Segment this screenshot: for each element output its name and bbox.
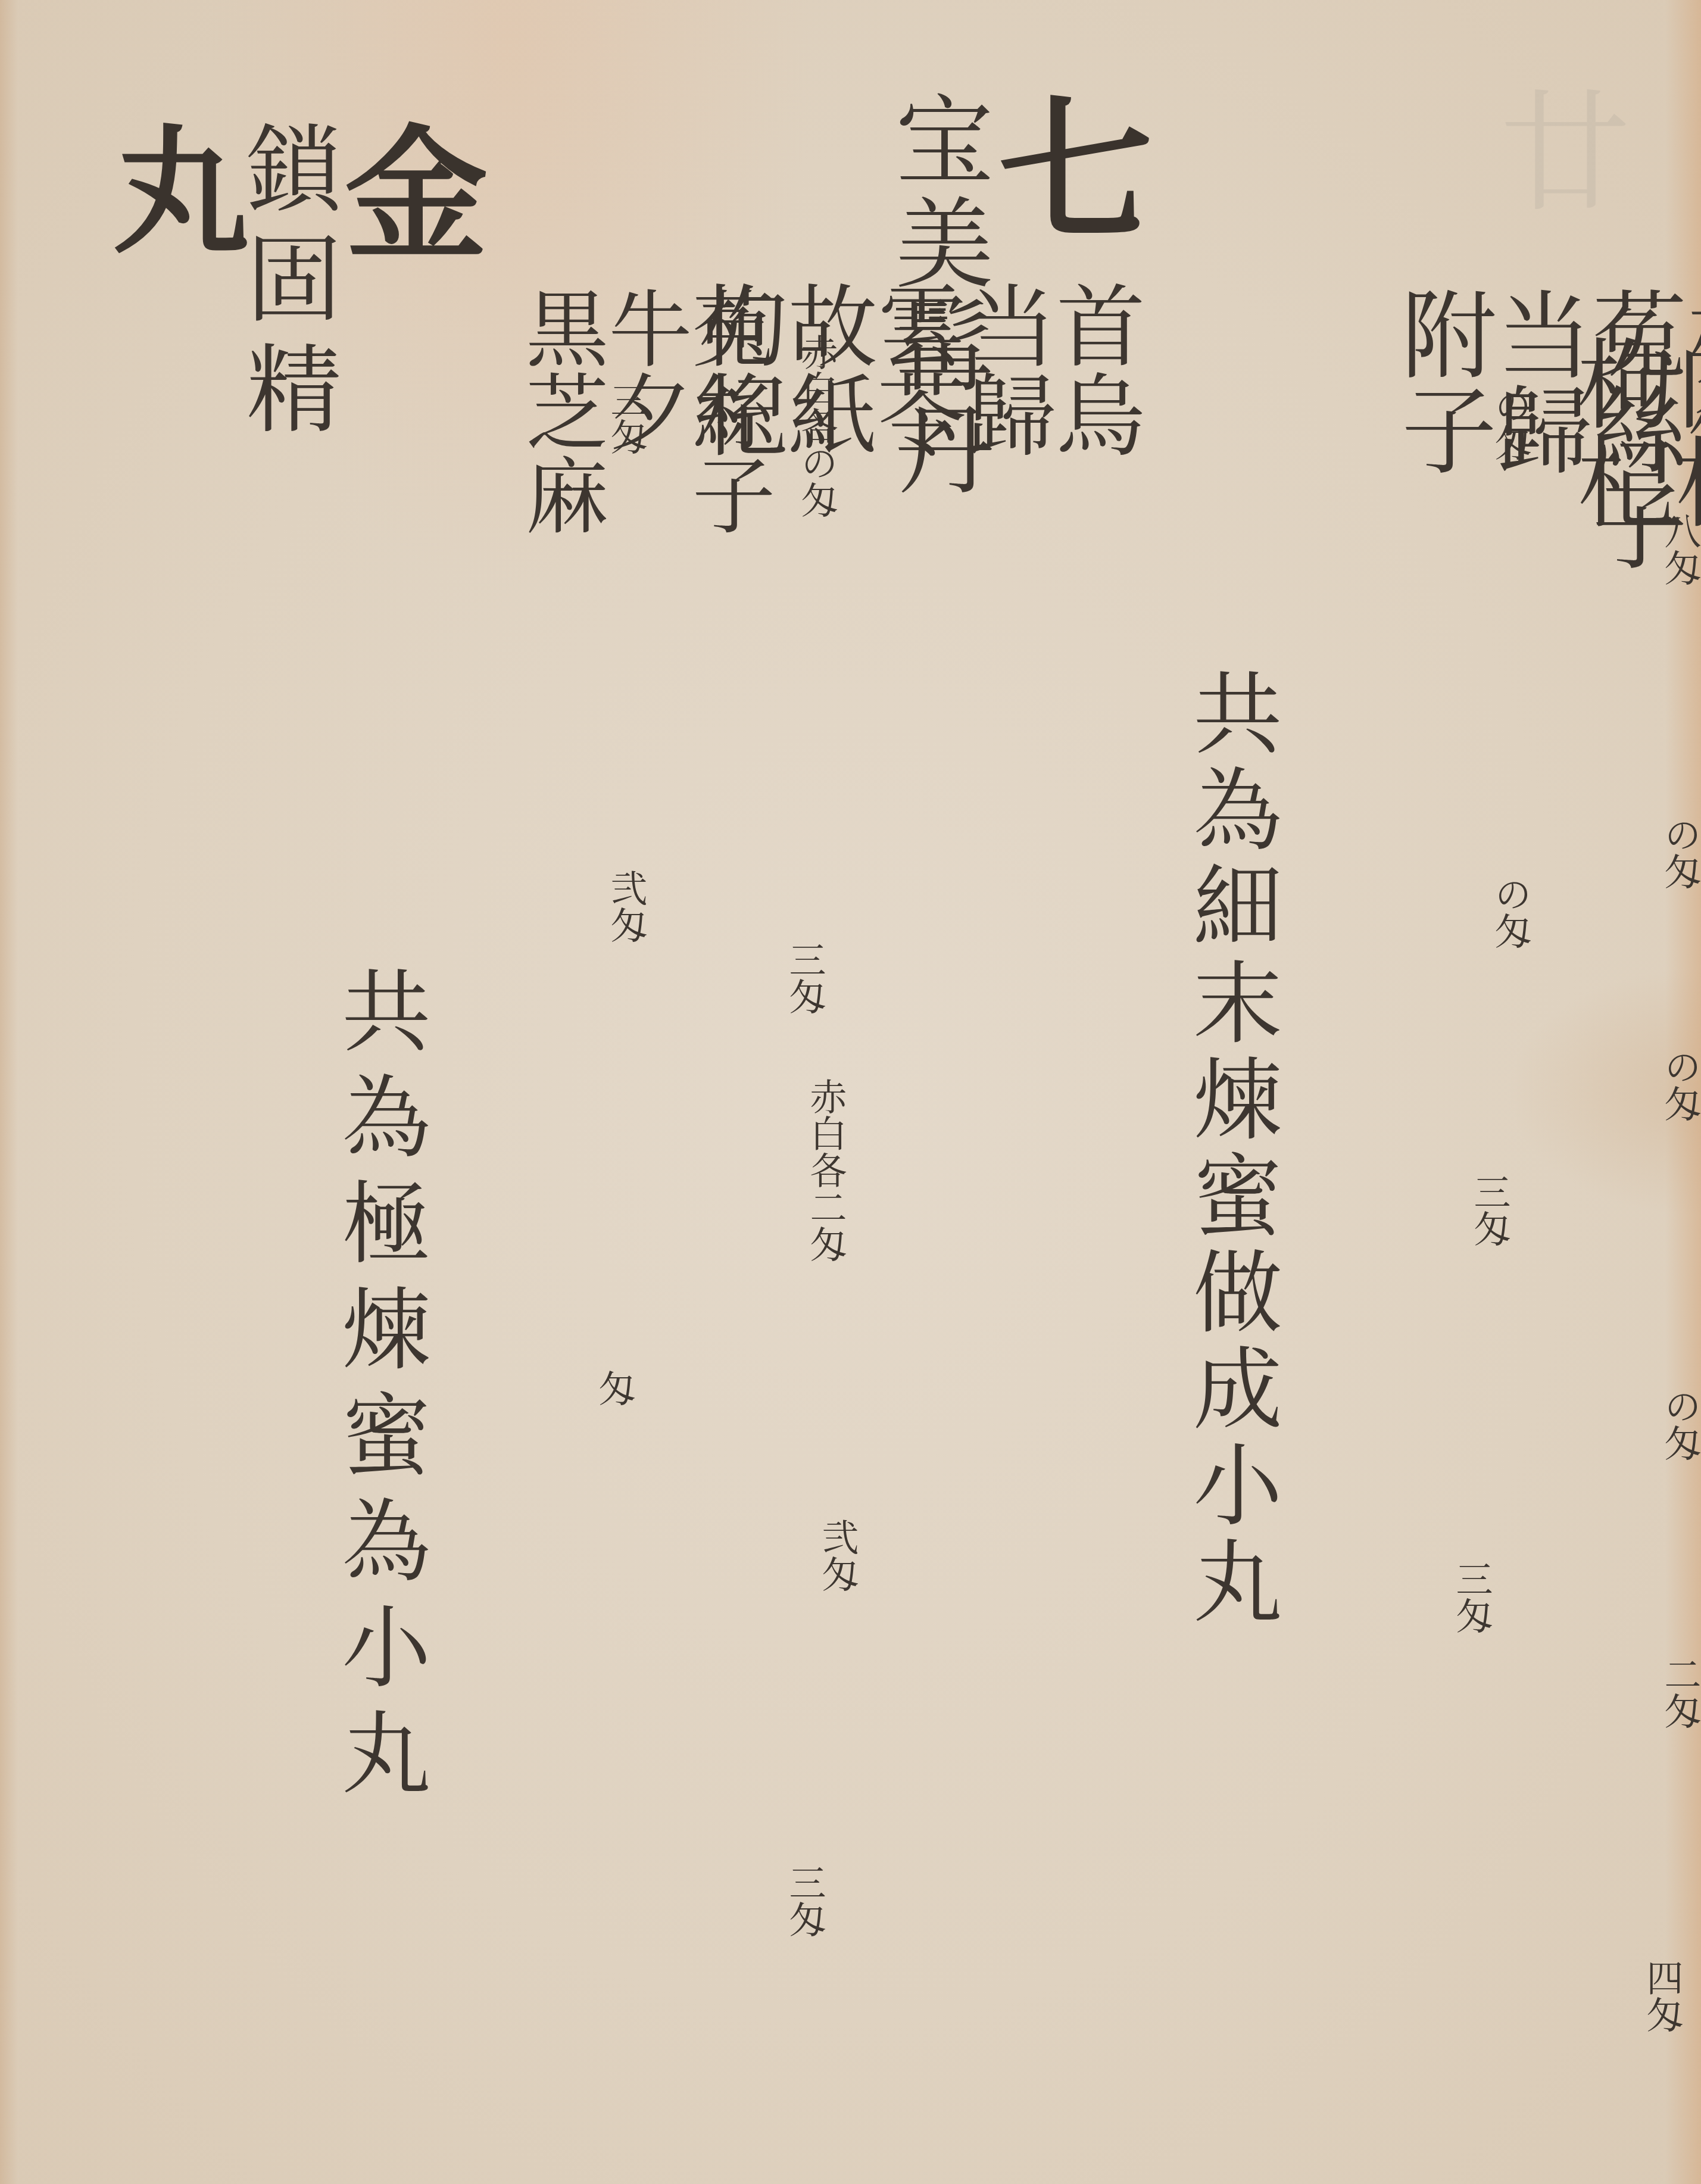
column-3-instruction: 共為細末煉蜜做成小丸 xyxy=(1185,667,1274,1631)
dosage-note: 赤白各の匁 xyxy=(798,333,835,518)
dosage-note: 三匁 xyxy=(1453,1560,1490,1634)
drug-name: 当歸 xyxy=(959,280,1048,536)
dosage-note: 弐匁 xyxy=(607,869,644,943)
dosage-note: 赤白各二匁 xyxy=(807,1078,844,1262)
dosage-note: 二匁 xyxy=(1661,1655,1698,1729)
title-char-last: 丸 xyxy=(101,119,238,455)
dosage-note: 三匁 xyxy=(786,1864,823,1937)
bleed-through-mark: 廿 xyxy=(1488,83,1619,214)
dosage-note: 三匁 xyxy=(607,381,644,455)
title-char-large: 金 xyxy=(333,119,476,432)
dosage-note: 三匁 xyxy=(1471,1173,1508,1247)
dosage-note: の匁 xyxy=(1661,1387,1698,1461)
dosage-note: 三匁 xyxy=(786,941,823,1015)
drug-name: 黒芝麻 xyxy=(518,286,601,607)
formula-title-jinsuo-gujing-wan: 金 鎖固精 丸 xyxy=(101,119,476,455)
column-7-instruction: 共為極煉蜜為小丸 xyxy=(333,965,423,1812)
dosage-note: の匁 xyxy=(1491,387,1528,461)
column-2: 杜仲 菟絲子 当歸 附子 xyxy=(1393,286,1701,595)
dosage-note: の匁 xyxy=(1661,816,1698,890)
dosage-note: 匁 xyxy=(595,1369,632,1406)
drug-name: 首烏 xyxy=(1048,280,1137,458)
title-rest: 鎖固精 xyxy=(238,119,333,450)
drug-name: 附子 xyxy=(1393,286,1488,595)
drug-name: 菟絲子 xyxy=(1584,286,1679,572)
drug-name: 菟絲子 xyxy=(685,286,768,536)
dosage-note: の匁 xyxy=(1661,1048,1698,1122)
dosage-note: の匁 xyxy=(1491,875,1528,949)
drug-name: 雲苓 xyxy=(869,280,959,536)
page-edge-left xyxy=(0,0,18,2184)
dosage-note: 四匁 xyxy=(1643,1959,1680,2033)
dosage-note: 弐匁 xyxy=(819,1518,856,1592)
